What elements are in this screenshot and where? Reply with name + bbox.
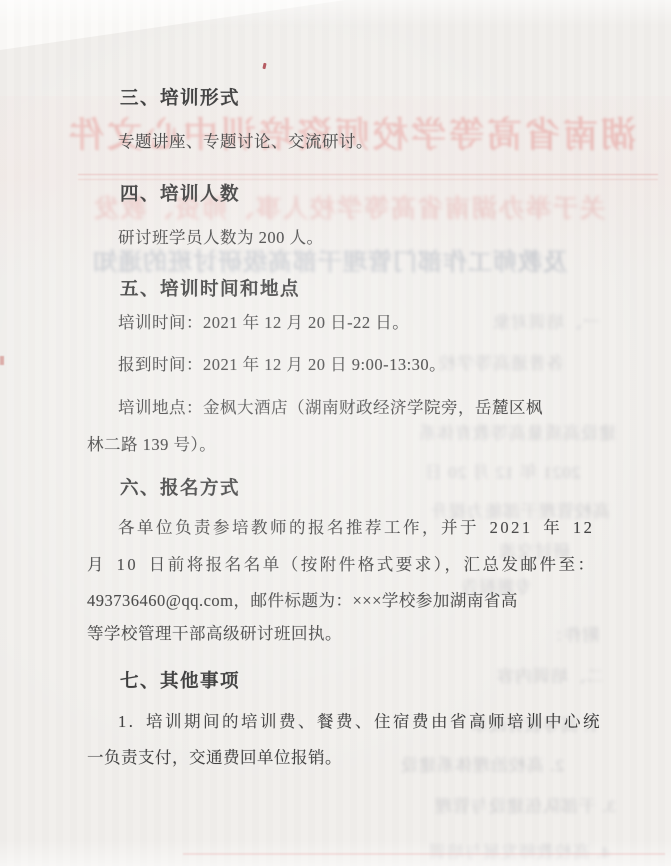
heading-time-and-location: 五、培训时间和地点 <box>120 275 300 301</box>
heading-registration-method: 六、报名方式 <box>120 474 240 500</box>
para-training-time: 培训时间：2021 年 12 月 20 日-22 日。 <box>118 313 409 333</box>
bleed-through-fragment: 3. 干部队伍建设与管理 <box>434 792 616 817</box>
bleed-through-fragment: 各普通高等学校 <box>438 349 564 374</box>
bleed-through-fragment: 二、培训内容 <box>496 662 604 687</box>
bleed-through-fragment: 一、培训对象 <box>492 308 600 333</box>
para-registration-time: 报到时间：2021 年 12 月 20 日 9:00-13:30。 <box>118 355 446 375</box>
red-ink-speck <box>262 63 266 69</box>
bleed-through-fragment: 2. 高校治理体系建设 <box>400 751 564 776</box>
pink-tint-band <box>0 96 671 276</box>
para-other-matters-line-1: 1. 培训期间的培训费、餐费、住宿费由省高师培训中心统 <box>118 712 602 732</box>
scanned-document-page: 湖南省高等学校师资培训中心文件 关于举办湖南省高等学校人事、师资、教发 及教师工… <box>0 0 671 866</box>
para-registration-line-1: 各单位负责参培教师的报名推荐工作，并于 2021 年 12 <box>118 518 594 538</box>
heading-other-matters: 七、其他事项 <box>120 667 240 693</box>
para-registration-line-4: 等学校管理干部高级研讨班回执。 <box>87 624 342 644</box>
para-training-location-line-2: 林二路 139 号）。 <box>87 435 216 455</box>
para-other-matters-line-2: 一负责支付，交通费回单位报销。 <box>87 748 342 768</box>
heading-training-format: 三、培训形式 <box>120 84 240 110</box>
bleed-through-bottom-rule <box>183 853 665 855</box>
para-registration-line-2: 月 10 日前将报名名单（按附件格式要求），汇总发邮件至： <box>87 555 597 575</box>
bleed-through-fragment: 4. 高校教师发展与培训 <box>428 838 610 863</box>
heading-trainee-count: 四、培训人数 <box>120 180 240 206</box>
para-training-format: 专题讲座、专题讨论、交流研讨。 <box>118 132 373 152</box>
left-edge-ink-speck <box>0 356 4 365</box>
bleed-through-fragment: 附件： <box>545 621 599 646</box>
bleed-through-fragment: 2021 年 12 月 20 日 <box>424 458 580 483</box>
para-registration-email-line: 493736460@qq.com，邮件标题为：×××学校参加湖南省高 <box>87 591 518 611</box>
para-trainee-count: 研讨班学员人数为 200 人。 <box>118 228 324 248</box>
para-training-location-line-1: 培训地点：金枫大酒店（湖南财政经济学院旁，岳麓区枫 <box>118 398 543 418</box>
bleed-through-fragment: 建设高质量高等教育体系 <box>418 419 616 444</box>
scan-corner-highlight <box>0 0 345 50</box>
